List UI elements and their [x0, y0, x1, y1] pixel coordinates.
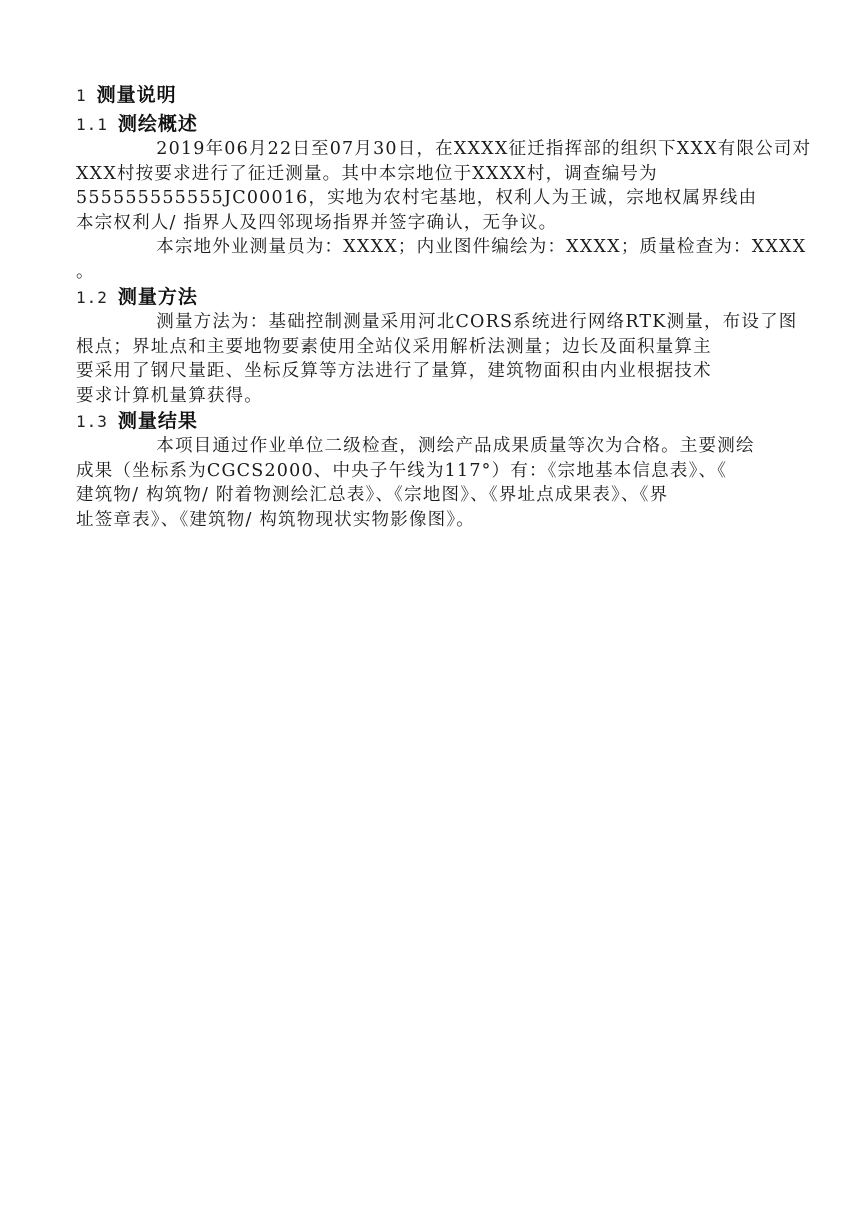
heading-1-number: 1 [76, 83, 87, 109]
section-heading-1-1: 1.1测绘概述 [76, 111, 792, 137]
paragraph-line: 建筑物/ 构筑物/ 附着物测绘汇总表》、《宗地图》、《界址点成果表》、《界 [76, 483, 792, 508]
section-title: 测量方法 [118, 286, 198, 308]
document-page: 1测量说明 1.1测绘概述 2019年06月22日至07月30日，在XXXX征迁… [0, 0, 860, 1217]
paragraph-line: 址签章表》、《建筑物/ 构筑物现状实物影像图》。 [76, 508, 792, 533]
paragraph-line: 测量方法为：基础控制测量采用河北CORS系统进行网络RTK测量，布设了图 [76, 310, 792, 335]
paragraph-line: 本宗权利人/ 指界人及四邻现场指界并签字确认，无争议。 [76, 211, 792, 236]
paragraph-line: 本项目通过作业单位二级检查，测绘产品成果质量等次为合格。主要测绘 [76, 434, 792, 459]
section-title: 测量结果 [118, 410, 198, 432]
section-heading-1-2: 1.2测量方法 [76, 284, 792, 310]
section-1-2-body: 测量方法为：基础控制测量采用河北CORS系统进行网络RTK测量，布设了图 根点；… [76, 310, 792, 408]
paragraph-line: XXX村按要求进行了征迁测量。其中本宗地位于XXXX村，调查编号为 [76, 162, 792, 187]
paragraph-line: 555555555555JC00016，实地为农村宅基地，权利人为王诚，宗地权属… [76, 186, 792, 211]
heading-1-title: 测量说明 [97, 84, 177, 106]
section-number: 1.2 [76, 285, 108, 311]
section-number: 1.3 [76, 409, 108, 435]
section-1-1-body: 2019年06月22日至07月30日，在XXXX征迁指挥部的组织下XXX有限公司… [76, 137, 792, 284]
section-1-3-body: 本项目通过作业单位二级检查，测绘产品成果质量等次为合格。主要测绘 成果（坐标系为… [76, 434, 792, 532]
section-title: 测绘概述 [118, 113, 198, 135]
paragraph-line: 根点；界址点和主要地物要素使用全站仪采用解析法测量；边长及面积量算主 [76, 335, 792, 360]
paragraph-line: 2019年06月22日至07月30日，在XXXX征迁指挥部的组织下XXX有限公司… [76, 137, 792, 162]
section-number: 1.1 [76, 112, 108, 138]
document-content: 1测量说明 1.1测绘概述 2019年06月22日至07月30日，在XXXX征迁… [76, 82, 792, 532]
paragraph-line: 要求计算机量算获得。 [76, 384, 792, 409]
paragraph-line: 。 [76, 260, 792, 285]
heading-1: 1测量说明 [76, 82, 792, 108]
paragraph-line: 本宗地外业测量员为：XXXX；内业图件编绘为：XXXX；质量检查为：XXXX [76, 235, 792, 260]
paragraph-line: 成果（坐标系为CGCS2000、中央子午线为117°）有：《宗地基本信息表》、《 [76, 459, 792, 484]
paragraph-line: 要采用了钢尺量距、坐标反算等方法进行了量算，建筑物面积由内业根据技术 [76, 359, 792, 384]
section-heading-1-3: 1.3测量结果 [76, 408, 792, 434]
